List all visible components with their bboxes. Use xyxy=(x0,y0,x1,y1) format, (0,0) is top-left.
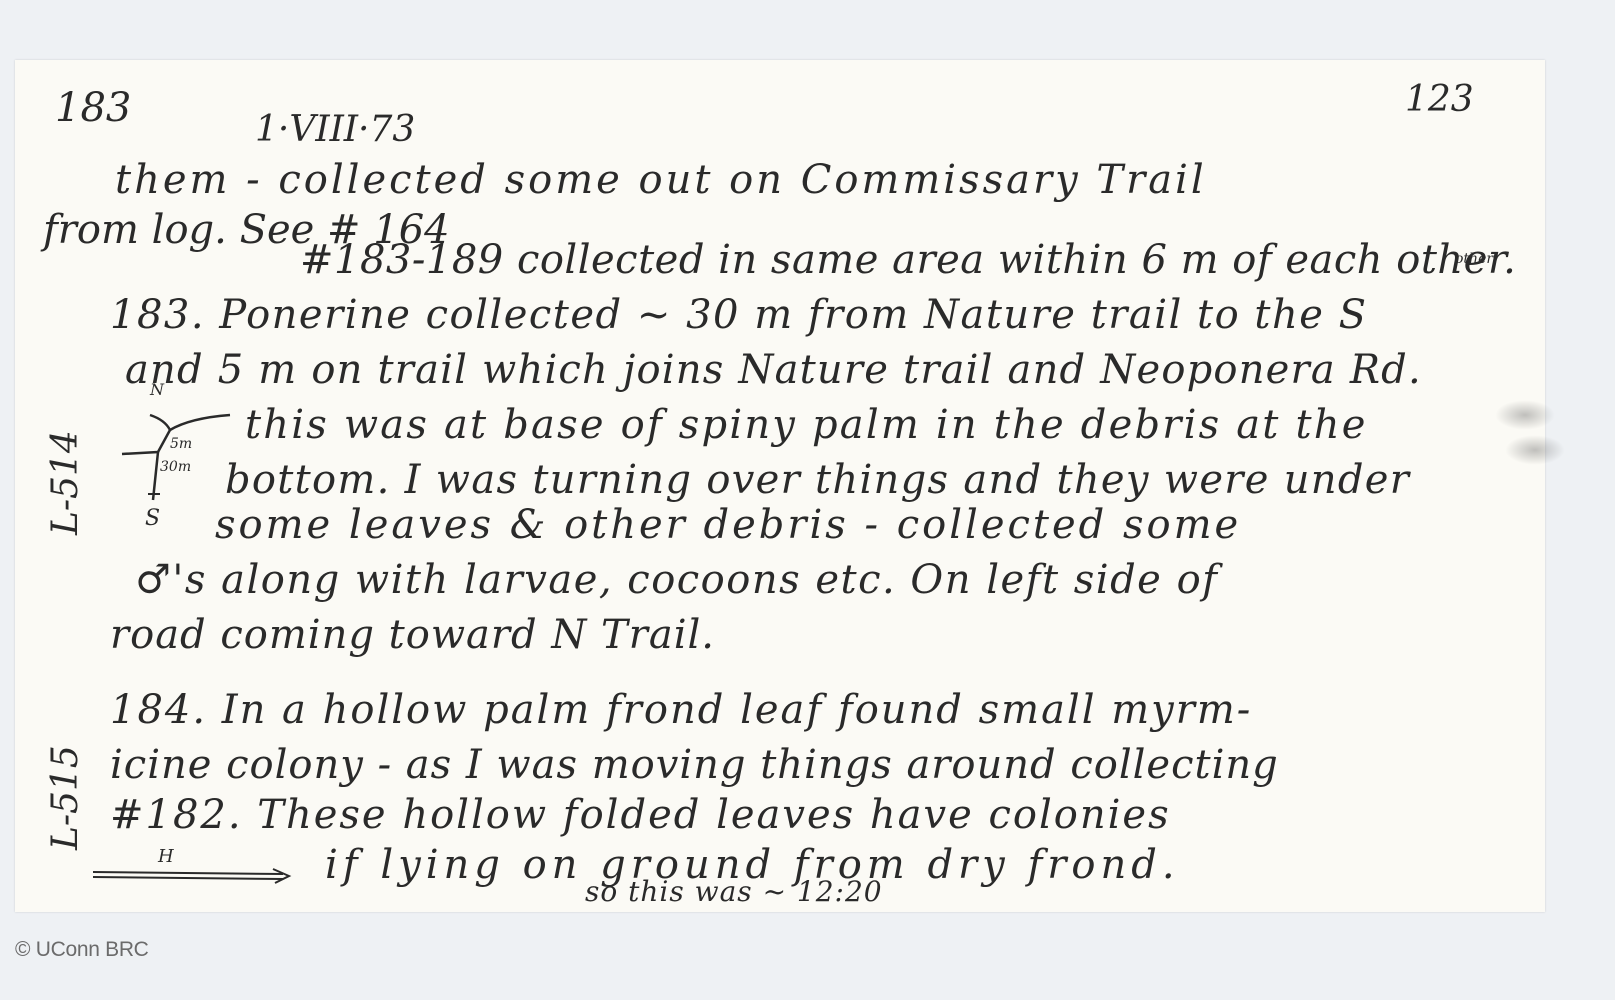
ink-smudge xyxy=(1505,435,1565,465)
page-number: 123 xyxy=(1405,82,1474,118)
distance-5m: 5m xyxy=(170,437,192,451)
insert-arrow: H xyxy=(93,866,293,886)
scan-viewer: 183 123 1·VIII·73 them - collected some … xyxy=(0,0,1615,1000)
margin-note-515: L-515 xyxy=(45,745,86,850)
copyright-notice: © UConn BRC xyxy=(15,938,149,962)
arrow-right-icon xyxy=(93,866,293,886)
arrow-label: H xyxy=(158,848,174,866)
note-line-7: bottom. I was turning over things and th… xyxy=(225,460,1410,500)
note-line-9: ♂'s along with larvae, cocoons etc. On l… xyxy=(135,560,1218,600)
ink-smudge xyxy=(1495,400,1555,430)
note-line-1: them - collected some out on Commissary … xyxy=(115,160,1207,200)
note-line-5: and 5 m on trail which joins Nature trai… xyxy=(125,350,1422,390)
note-line-13: #182. These hollow folded leaves have co… xyxy=(110,795,1171,835)
date: 1·VIII·73 xyxy=(255,112,415,148)
note-line-11: 184. In a hollow palm frond leaf found s… xyxy=(110,690,1252,730)
trail-diagram: N 5m 30m S xyxy=(120,390,240,530)
insert-other: other xyxy=(1455,252,1493,266)
note-line-10: road coming toward N Trail. xyxy=(110,615,715,655)
margin-note-514: L-514 xyxy=(45,430,86,535)
notebook-card: 183 123 1·VIII·73 them - collected some … xyxy=(15,60,1545,912)
note-line-4: 183. Ponerine collected ~ 30 m from Natu… xyxy=(110,295,1368,335)
distance-30m: 30m xyxy=(160,460,191,474)
south-label: S xyxy=(145,508,160,530)
note-line-6: this was at base of spiny palm in the de… xyxy=(245,405,1368,445)
note-line-8: some leaves & other debris - collected s… xyxy=(215,505,1241,545)
note-line-15: so this was ~ 12:20 xyxy=(585,878,883,906)
card-number: 183 xyxy=(55,88,131,128)
note-line-3: #183-189 collected in same area within 6… xyxy=(300,240,1516,280)
note-line-12: icine colony - as I was moving things ar… xyxy=(110,745,1279,785)
north-label: N xyxy=(150,382,164,398)
